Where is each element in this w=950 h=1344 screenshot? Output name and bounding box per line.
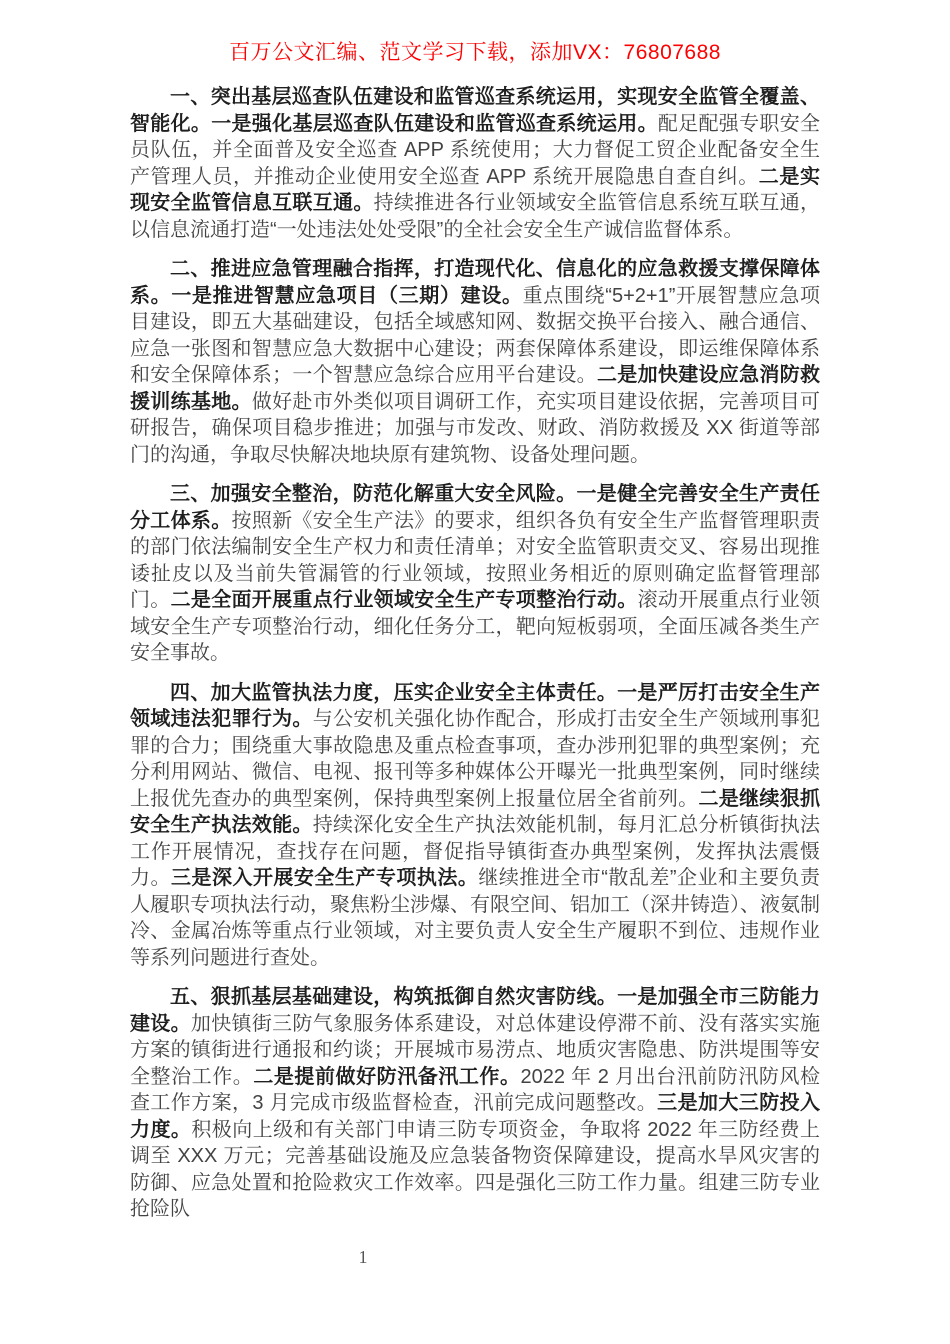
header-notice: 百万公文汇编、范文学习下载，添加VX：76807688 [0,40,950,66]
paragraph: 二、推进应急管理融合指挥，打造现代化、信息化的应急救援支撑保障体系。一是推进智慧… [130,256,820,468]
paragraph: 三、加强安全整治，防范化解重大安全风险。一是健全完善安全生产责任分工体系。按照新… [130,481,820,667]
bold-run: 二是全面开展重点行业领域安全生产专项整治行动。 [171,589,638,611]
paragraph: 四、加大监管执法力度，压实企业安全主体责任。一是严厉打击安全生产领域违法犯罪行为… [130,680,820,972]
document-page: 百万公文汇编、范文学习下载，添加VX：76807688 一、突出基层巡查队伍建设… [0,0,950,1344]
bold-run: 二是提前做好防汛备汛工作。 [253,1066,520,1088]
text-run: 积极向上级和有关部门申请三防专项资金，争取将 2022 年三防经费上调至 XXX… [130,1119,820,1221]
paragraph: 一、突出基层巡查队伍建设和监管巡查系统运用，实现安全监管全覆盖、智能化。一是强化… [130,84,820,243]
paragraph: 五、狠抓基层基础建设，构筑抵御自然灾害防线。一是加强全市三防能力建设。加快镇街三… [130,984,820,1223]
bold-run: 三是深入开展安全生产专项执法。 [171,867,478,889]
document-body: 一、突出基层巡查队伍建设和监管巡查系统运用，实现安全监管全覆盖、智能化。一是强化… [130,84,820,1236]
page-number: 1 [352,1247,374,1267]
